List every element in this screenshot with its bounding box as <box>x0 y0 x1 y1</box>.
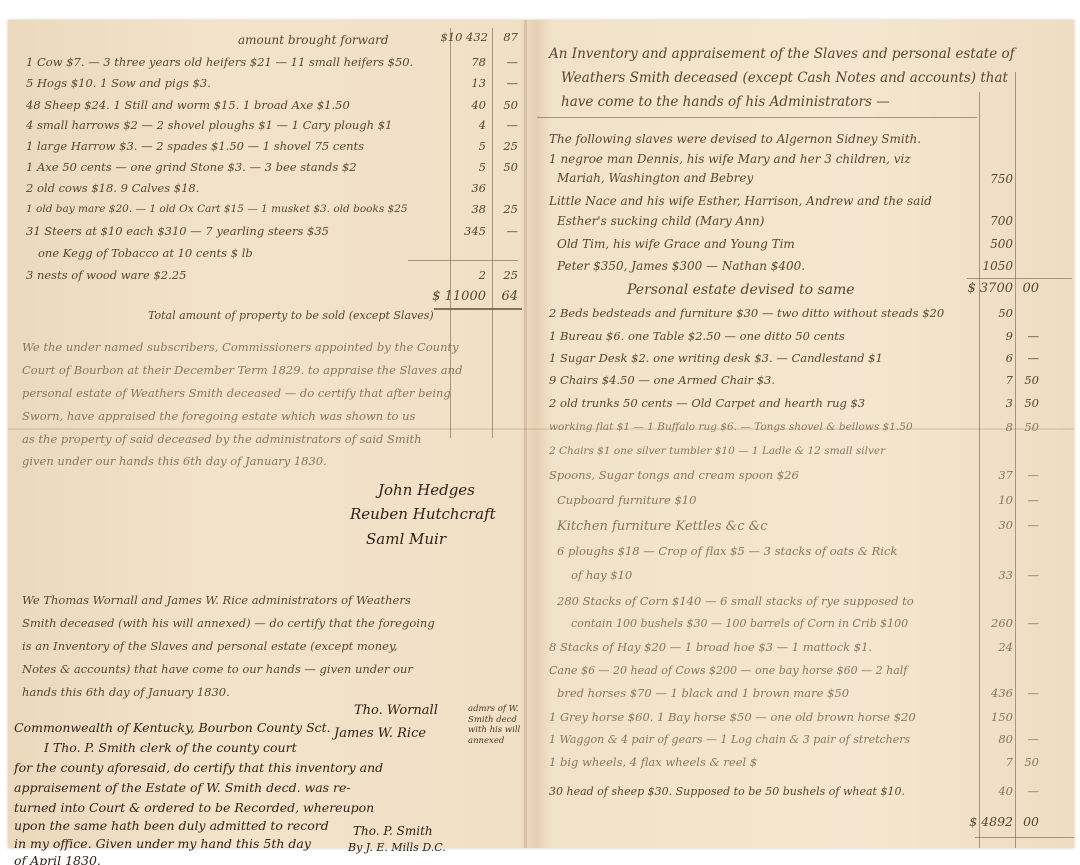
certificate-line: is an Inventory of the Slaves and person… <box>22 641 398 653</box>
item-line: 4 small harrows $2 — 2 shovel ploughs $1… <box>26 120 392 132</box>
title-line: An Inventory and appraisement of the Sla… <box>549 48 1015 62</box>
item-line: working flat $1 — 1 Buffalo rug $6. — To… <box>549 422 913 433</box>
clerk-line: turned into Court & ordered to be Record… <box>14 802 374 815</box>
item-line: Cane $6 — 20 head of Cows $200 — one bay… <box>549 665 907 676</box>
left-total-dollars: $ 11000 <box>408 290 486 303</box>
item-line: 6 ploughs $18 — Crop of flax $5 — 3 stac… <box>557 546 897 558</box>
certificate-line: hands this 6th day of January 1830. <box>22 687 230 699</box>
item-dollars: 24 <box>979 642 1013 654</box>
grand-total-dollars: $ 4892 <box>953 816 1013 829</box>
item-cents: 50 <box>1017 757 1039 769</box>
item-dollars: 78 <box>438 57 486 69</box>
certificate-line: We Thomas Wornall and James W. Rice admi… <box>22 595 411 607</box>
item-line: Cupboard furniture $10 <box>557 495 696 507</box>
clerk-line: in my office. Given under my hand this 5… <box>14 838 311 851</box>
item-cents: — <box>496 120 518 132</box>
item-cents: — <box>1017 618 1039 630</box>
item-cents: 50 <box>1017 422 1039 434</box>
item-cents: 50 <box>496 162 518 174</box>
item-cents: — <box>1017 470 1039 482</box>
signature-reuben-hutchcraft: Reuben Hutchcraft <box>350 507 496 522</box>
item-dollars: 80 <box>979 734 1013 746</box>
item-dollars: 30 <box>979 520 1013 532</box>
item-line: 1 old bay mare $20. — 1 old Ox Cart $15 … <box>26 204 408 215</box>
item-dollars: 50 <box>979 308 1013 320</box>
left-page: amount brought forward $10 432 87 1 Cow … <box>8 20 524 848</box>
item-line: 8 Stacks of Hay $20 — 1 broad hoe $3 — 1… <box>549 642 872 654</box>
item-cents: — <box>496 78 518 90</box>
certificate-line: Smith deceased (with his will annexed) —… <box>22 618 435 630</box>
item-cents: — <box>1017 786 1039 798</box>
item-cents: — <box>1017 688 1039 700</box>
certificate-line: given under our hands this 6th day of Ja… <box>22 456 327 468</box>
item-cents: — <box>496 57 518 69</box>
signature-john-hedges: John Hedges <box>378 483 475 498</box>
item-line: Kitchen furniture Kettles &c &c <box>557 520 768 533</box>
item-cents: 50 <box>1017 375 1039 387</box>
personal-estate-heading: Personal estate devised to same <box>627 283 855 297</box>
certificate-line: as the property of said deceased by the … <box>22 434 422 446</box>
clerk-line: Commonwealth of Kentucky, Bourbon County… <box>14 722 331 735</box>
item-dollars: 10 <box>979 495 1013 507</box>
item-cents: 50 <box>1017 398 1039 410</box>
forward-cents: 87 <box>496 32 518 44</box>
item-line: 1 Sugar Desk $2. one writing desk $3. — … <box>549 353 883 365</box>
item-cents: — <box>1017 570 1039 582</box>
item-line: 2 Chairs $1 one silver tumbler $10 — 1 L… <box>549 446 885 457</box>
entry-dollars: 1050 <box>973 260 1013 272</box>
certificate-line: We the under named subscribers, Commissi… <box>22 342 459 354</box>
note-line: annexed <box>468 736 524 747</box>
clerk-signature: Tho. P. Smith <box>353 825 433 837</box>
item-line: bred horses $70 — 1 black and 1 brown ma… <box>557 688 849 700</box>
item-cents: — <box>1017 495 1039 507</box>
item-dollars: 7 <box>979 375 1013 387</box>
clerk-line: of April 1830. <box>14 855 101 865</box>
forward-dollars: $10 432 <box>432 32 488 44</box>
item-dollars: 40 <box>438 100 486 112</box>
slaves-intro: The following slaves were devised to Alg… <box>549 133 921 145</box>
item-line: 9 Chairs $4.50 — one Armed Chair $3. <box>549 375 775 387</box>
clerk-line: for the county aforesaid, do certify tha… <box>14 762 383 775</box>
item-cents: — <box>496 226 518 238</box>
cents-column-rule <box>1015 72 1016 848</box>
signature-tho-wornall: Tho. Wornall <box>354 704 438 717</box>
note-line: admrs of W. <box>468 704 524 715</box>
title-line: have come to the hands of his Administra… <box>561 96 890 110</box>
item-cents: 25 <box>496 204 518 216</box>
item-dollars: 38 <box>438 204 486 216</box>
clerk-line: I Tho. P. Smith clerk of the county cour… <box>44 742 297 755</box>
entry-line: Esther's sucking child (Mary Ann) <box>557 215 764 227</box>
total-underline <box>434 308 522 310</box>
entry-line: Peter $350, James $300 — Nathan $400. <box>557 260 805 272</box>
certificate-line: personal estate of Weathers Smith deceas… <box>22 388 451 400</box>
left-total-cents: 64 <box>496 290 518 303</box>
item-line: 48 Sheep $24. 1 Still and worm $15. 1 br… <box>26 100 350 112</box>
slaves-total-cents: 00 <box>1017 282 1039 295</box>
item-line: 1 Waggon & 4 pair of gears — 1 Log chain… <box>549 734 910 745</box>
item-line: 1 Grey horse $60. 1 Bay horse $50 — one … <box>549 712 916 724</box>
total-rule <box>408 260 518 261</box>
item-dollars: 150 <box>979 712 1013 724</box>
item-dollars: 5 <box>438 162 486 174</box>
item-dollars: 40 <box>979 786 1013 798</box>
item-dollars: 6 <box>979 353 1013 365</box>
entry-line: Little Nace and his wife Esther, Harriso… <box>549 195 932 207</box>
signature-james-rice: James W. Rice <box>334 727 426 740</box>
slaves-total-dollars: $ 3700 <box>953 282 1013 295</box>
left-total-label: Total amount of property to be sold (exc… <box>148 310 434 321</box>
signature-saml-muir: Saml Muir <box>366 532 446 547</box>
item-dollars: 33 <box>979 570 1013 582</box>
entry-line: 1 negroe man Dennis, his wife Mary and h… <box>549 153 911 165</box>
item-line: 3 nests of wood ware $2.25 <box>26 270 186 282</box>
entry-line: Mariah, Washington and Bebrey <box>557 172 753 184</box>
item-line: 2 old trunks 50 cents — Old Carpet and h… <box>549 398 865 410</box>
item-line: contain 100 bushels $30 — 100 barrels of… <box>571 618 908 629</box>
item-line: 1 Axe 50 cents — one grind Stone $3. — 3… <box>26 162 357 174</box>
item-line: 1 Cow $7. — 3 three years old heifers $2… <box>26 57 413 69</box>
title-rule <box>537 117 977 118</box>
entry-dollars: 500 <box>979 238 1013 250</box>
certificate-line: Court of Bourbon at their December Term … <box>22 365 462 377</box>
right-page: An Inventory and appraisement of the Sla… <box>527 20 1074 848</box>
item-dollars: 3 <box>979 398 1013 410</box>
deputy-clerk-signature: By J. E. Mills D.C. <box>348 842 446 853</box>
item-cents: 25 <box>496 141 518 153</box>
item-dollars: 9 <box>979 331 1013 343</box>
clerk-line: upon the same hath been duly admitted to… <box>14 820 329 833</box>
slaves-total-rule <box>967 278 1072 279</box>
manuscript-sheet: amount brought forward $10 432 87 1 Cow … <box>8 20 1074 848</box>
item-line: 31 Steers at $10 each $310 — 7 yearling … <box>26 226 329 238</box>
item-dollars: 36 <box>438 183 486 195</box>
item-dollars: 2 <box>438 270 486 282</box>
item-dollars: 5 <box>438 141 486 153</box>
note-line: with his will <box>468 725 524 736</box>
grand-total-cents: 00 <box>1017 816 1039 829</box>
clerk-line: appraisement of the Estate of W. Smith d… <box>14 782 351 795</box>
administrator-margin-note: admrs of W. Smith decd with his will ann… <box>468 704 524 747</box>
note-line: Smith decd <box>468 715 524 726</box>
item-line: of hay $10 <box>571 570 632 582</box>
item-dollars: 37 <box>979 470 1013 482</box>
cents-column-rule <box>492 28 493 438</box>
item-dollars: 260 <box>979 618 1013 630</box>
entry-dollars: 700 <box>979 215 1013 227</box>
item-line: Spoons, Sugar tongs and cream spoon $26 <box>549 470 799 482</box>
grand-total-rule <box>975 837 1074 838</box>
item-line: 5 Hogs $10. 1 Sow and pigs $3. <box>26 78 211 90</box>
entry-dollars: 750 <box>979 173 1013 185</box>
item-dollars: 436 <box>979 688 1013 700</box>
item-line: 1 big wheels, 4 flax wheels & reel $ <box>549 757 757 769</box>
item-line: one Kegg of Tobacco at 10 cents $ lb <box>38 248 253 260</box>
item-dollars: 7 <box>979 757 1013 769</box>
item-line: 1 Bureau $6. one Table $2.50 — one ditto… <box>549 331 845 343</box>
certificate-line: Sworn, have appraised the foregoing esta… <box>22 411 415 423</box>
item-dollars: 345 <box>426 226 486 238</box>
item-cents: — <box>1017 331 1039 343</box>
item-dollars: 8 <box>979 422 1013 434</box>
entry-line: Old Tim, his wife Grace and Young Tim <box>557 238 795 250</box>
item-cents: — <box>1017 353 1039 365</box>
item-cents: — <box>1017 520 1039 532</box>
item-line: 280 Stacks of Corn $140 — 6 small stacks… <box>557 596 914 608</box>
item-line: 1 large Harrow $3. — 2 spades $1.50 — 1 … <box>26 141 364 153</box>
title-line: Weathers Smith deceased (except Cash Not… <box>561 72 1008 86</box>
item-cents: 50 <box>496 100 518 112</box>
item-line: 2 Beds bedsteads and furniture $30 — two… <box>549 308 944 320</box>
forward-label: amount brought forward <box>238 34 389 46</box>
item-dollars: 4 <box>438 120 486 132</box>
item-line: 2 old cows $18. 9 Calves $18. <box>26 183 199 195</box>
certificate-line: Notes & accounts) that have come to our … <box>22 664 413 676</box>
item-cents: 25 <box>496 270 518 282</box>
item-cents: — <box>1017 734 1039 746</box>
item-dollars: 13 <box>438 78 486 90</box>
item-line: 30 head of sheep $30. Supposed to be 50 … <box>549 786 905 797</box>
